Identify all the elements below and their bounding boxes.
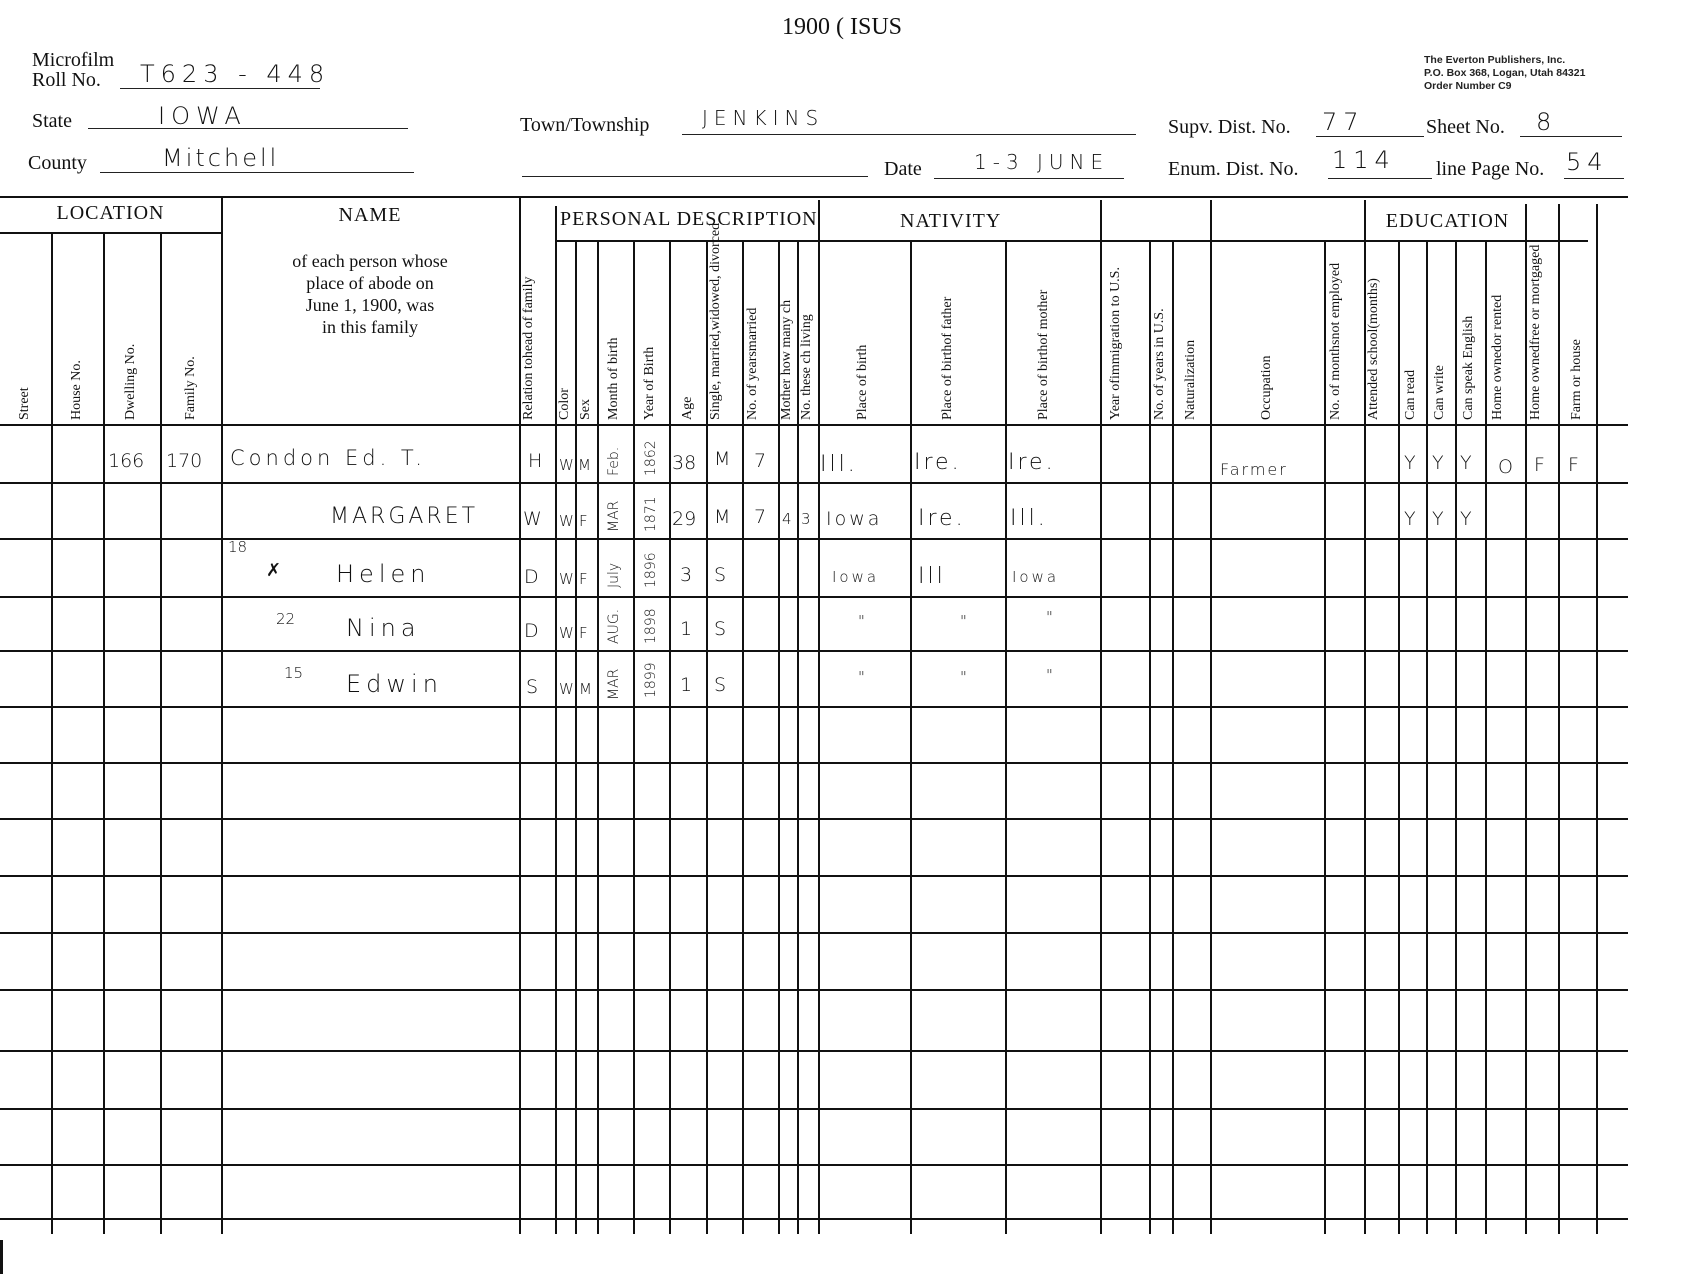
- col-header-occupation: Occupation: [1260, 330, 1274, 420]
- section-education: EDUCATION: [1370, 210, 1525, 233]
- col-header-sex: Sex: [579, 370, 593, 420]
- header-line: Place of birth: [1036, 345, 1051, 420]
- row-line: [0, 706, 1628, 708]
- cell-dwelling: 166: [108, 450, 144, 472]
- cell-sex: F: [579, 512, 588, 530]
- col-line: [1596, 204, 1598, 1234]
- cell-month: MAR: [606, 490, 622, 532]
- header-line: Place of birth: [940, 345, 955, 420]
- cell-year: 1899: [643, 652, 659, 698]
- cell-relation: D: [524, 566, 539, 588]
- col-line: [597, 240, 599, 1234]
- col-line: [1398, 240, 1400, 1234]
- section-personal-description: PERSONAL DESCRIPTION: [560, 208, 818, 231]
- cell-sex: M: [579, 680, 592, 698]
- cell-color: W: [559, 570, 574, 588]
- col-header-relation: Relation tohead of family: [521, 300, 536, 420]
- col-line: [1149, 240, 1151, 1234]
- cell-month: Feb.: [606, 434, 622, 476]
- header-line: Relation to: [521, 358, 536, 420]
- cell-age: 29: [672, 508, 696, 530]
- cell-mother-birth: Ire.: [1008, 450, 1056, 475]
- cell-age: 1: [680, 674, 692, 696]
- col-line: [221, 196, 223, 1234]
- cell-color: W: [559, 624, 574, 642]
- cell-relation: H: [528, 450, 542, 472]
- cell-name: Nina: [346, 614, 421, 642]
- cell-note: 18: [228, 538, 247, 556]
- col-line: [1455, 240, 1457, 1234]
- col-header-home-free: Home ownedfree or mortgaged: [1528, 278, 1543, 420]
- col-header-mother-children: Mother how many ch: [780, 262, 794, 420]
- cell-can-read: Y: [1404, 452, 1416, 474]
- header-line: Home owned: [1490, 345, 1505, 420]
- cell-can-write: Y: [1432, 508, 1444, 530]
- col-line: [1324, 240, 1326, 1234]
- row-line: [0, 596, 1628, 598]
- cell-color: W: [559, 456, 574, 474]
- col-line: [1210, 200, 1212, 1234]
- row-line: [0, 482, 1628, 484]
- cell-relation: W: [523, 508, 542, 530]
- cell-year: 1898: [643, 598, 659, 644]
- col-header-home-owned: Home ownedor rented: [1490, 310, 1505, 420]
- col-header-birthplace: Place of birth: [856, 310, 870, 420]
- cell-speak-english: Y: [1460, 452, 1472, 474]
- col-line: [160, 232, 162, 1234]
- name-desc-line: June 1, 1900, was: [221, 294, 519, 316]
- col-line: [1100, 200, 1102, 1234]
- cell-birthplace: Ill.: [820, 452, 858, 477]
- col-header-street: Street: [18, 350, 32, 420]
- cell-home-owned: O: [1498, 456, 1513, 478]
- cell-name: Helen: [336, 560, 430, 588]
- cell-family: 170: [166, 450, 202, 472]
- col-header-age: Age: [681, 370, 695, 420]
- header-line: Single, married,: [708, 330, 723, 420]
- cell-sex: M: [578, 456, 591, 474]
- grid-top-line: [0, 196, 1628, 198]
- row-line: [0, 1218, 1628, 1220]
- header-line: of mother: [1036, 290, 1051, 345]
- section-location: LOCATION: [0, 202, 221, 225]
- strikeout-mark: ✗: [266, 560, 281, 581]
- cell-age: 3: [680, 564, 692, 586]
- header-line: Home owned: [1528, 345, 1543, 420]
- section-nativity: NATIVITY: [900, 210, 1001, 233]
- col-header-speak-english: Can speak English: [1462, 270, 1476, 420]
- name-description: of each person whose place of abode on J…: [221, 250, 519, 338]
- section-name: NAME: [221, 204, 519, 227]
- cell-years-married: 7: [754, 506, 766, 528]
- cell-birthplace: Iowa: [826, 508, 882, 530]
- cell-note: 22: [276, 610, 295, 628]
- cell-mother-birth: ": [1046, 666, 1053, 684]
- col-line: [910, 240, 912, 1234]
- col-header-family: Family No.: [184, 310, 198, 420]
- row-line: [0, 818, 1628, 820]
- cell-marital: M: [714, 448, 730, 470]
- header-line: (months): [1366, 278, 1381, 329]
- name-desc-line: of each person whose: [221, 250, 519, 272]
- col-line: [51, 232, 53, 1234]
- cell-occupation: Farmer: [1220, 460, 1288, 479]
- cell-year: 1896: [643, 542, 659, 588]
- col-header-children-living: No. these ch living: [800, 262, 814, 420]
- page-edge-mark: [0, 1240, 3, 1274]
- cell-years-married: 7: [754, 450, 766, 472]
- cell-note: 15: [284, 664, 303, 682]
- col-line: [575, 240, 577, 1234]
- header-line: Attended school: [1366, 329, 1381, 420]
- cell-can-write: Y: [1432, 452, 1444, 474]
- cell-marital: S: [714, 564, 726, 586]
- name-desc-line: in this family: [221, 316, 519, 338]
- header-line: Year of: [1108, 379, 1123, 420]
- header-line: head of family: [521, 277, 536, 359]
- cell-marital: S: [714, 674, 726, 696]
- row-line: [0, 1108, 1628, 1110]
- col-line: [1172, 240, 1174, 1234]
- row-line: [0, 1164, 1628, 1166]
- cell-age: 1: [680, 618, 692, 640]
- col-line: [1426, 240, 1428, 1234]
- row-line: [0, 1050, 1628, 1052]
- header-line: widowed, divorced: [708, 223, 723, 330]
- row-line: [0, 932, 1628, 934]
- cell-father-birth: Ill: [918, 564, 946, 589]
- col-header-can-read: Can read: [1404, 345, 1418, 420]
- cell-home-free: F: [1534, 454, 1545, 476]
- cell-birthplace: ": [858, 668, 865, 686]
- cell-speak-english: Y: [1460, 508, 1472, 530]
- col-header-color: Color: [558, 360, 572, 420]
- header-line: immigration to U.S.: [1108, 267, 1123, 379]
- cell-month: AUG.: [606, 600, 622, 644]
- col-header-mother-birth: Place of birthof mother: [1036, 310, 1051, 420]
- col-header-immigration: Year ofimmigration to U.S.: [1108, 262, 1123, 420]
- cell-can-read: Y: [1404, 508, 1416, 530]
- cell-month: MAR: [606, 656, 622, 700]
- col-line: [633, 240, 635, 1234]
- cell-sex: F: [579, 570, 588, 588]
- col-header-months-unemployed: No. of monthsnot employed: [1328, 310, 1343, 420]
- col-line: [742, 240, 744, 1234]
- cell-year: 1871: [643, 486, 659, 532]
- cell-marital: M: [714, 506, 730, 528]
- header-bottom-line: [0, 424, 1628, 426]
- cell-name: MARGARET: [330, 504, 478, 529]
- col-header-naturalization: Naturalization: [1184, 300, 1198, 420]
- col-header-father-birth: Place of birthof father: [940, 310, 955, 420]
- row-line: [0, 989, 1628, 991]
- col-header-farm: Farm or house: [1570, 300, 1584, 420]
- cell-color: W: [559, 680, 574, 698]
- cell-birthplace: Iowa: [832, 568, 879, 586]
- col-header-can-write: Can write: [1433, 340, 1447, 420]
- census-grid: [0, 0, 1684, 1274]
- col-line: [818, 200, 820, 1234]
- cell-name: Condon Ed. T.: [230, 446, 426, 470]
- col-header-year: Year of Birth: [643, 300, 657, 420]
- col-header-years-us: No. of years in U.S.: [1153, 262, 1167, 420]
- col-header-marital: Single, married,widowed, divorced: [708, 270, 723, 420]
- row-line: [0, 650, 1628, 652]
- row-line: [0, 762, 1628, 764]
- cell-mother-birth: Ill.: [1010, 506, 1048, 531]
- cell-father-birth: Ire.: [918, 506, 966, 531]
- header-line: married: [745, 308, 760, 352]
- cell-mother-children: 4: [782, 510, 792, 528]
- cell-age: 38: [672, 452, 696, 474]
- header-line: or rented: [1490, 295, 1505, 345]
- col-header-school: Attended school(months): [1366, 290, 1381, 420]
- col-line: [1005, 240, 1007, 1234]
- cell-relation: D: [524, 620, 539, 642]
- cell-father-birth: ": [960, 668, 967, 686]
- header-line: No. of months: [1328, 340, 1343, 421]
- header-line: No. of years: [745, 351, 760, 420]
- cell-marital: S: [714, 618, 726, 640]
- col-line: [669, 240, 671, 1234]
- cell-farm: F: [1568, 454, 1579, 476]
- col-line: [1558, 204, 1560, 1234]
- header-line: of father: [940, 297, 955, 345]
- cell-year: 1862: [643, 430, 659, 476]
- cell-children-living: 3: [801, 510, 811, 528]
- cell-relation: S: [526, 676, 538, 698]
- cell-color: W: [559, 512, 574, 530]
- cell-father-birth: ": [960, 612, 967, 630]
- col-line: [103, 232, 105, 1234]
- col-line: [555, 206, 557, 1234]
- header-line: free or mortgaged: [1528, 245, 1543, 345]
- col-header-house: House No.: [70, 330, 84, 420]
- col-header-dwelling: Dwelling No.: [124, 300, 138, 420]
- col-header-years-married: No. of yearsmarried: [745, 320, 760, 420]
- col-line: [1485, 240, 1487, 1234]
- cell-mother-birth: ": [1046, 608, 1053, 626]
- cell-name: Edwin: [346, 670, 443, 698]
- row-line: [0, 875, 1628, 877]
- cell-month: July: [606, 546, 622, 588]
- col-header-month: Month of birth: [607, 300, 621, 420]
- cell-father-birth: Ire.: [914, 450, 962, 475]
- cell-birthplace: ": [858, 612, 865, 630]
- cell-mother-birth: Iowa: [1012, 568, 1059, 586]
- cell-sex: F: [579, 624, 588, 642]
- header-line: not employed: [1328, 263, 1343, 340]
- name-desc-line: place of abode on: [221, 272, 519, 294]
- col-line: [1525, 204, 1527, 1234]
- location-sub-line: [0, 232, 222, 234]
